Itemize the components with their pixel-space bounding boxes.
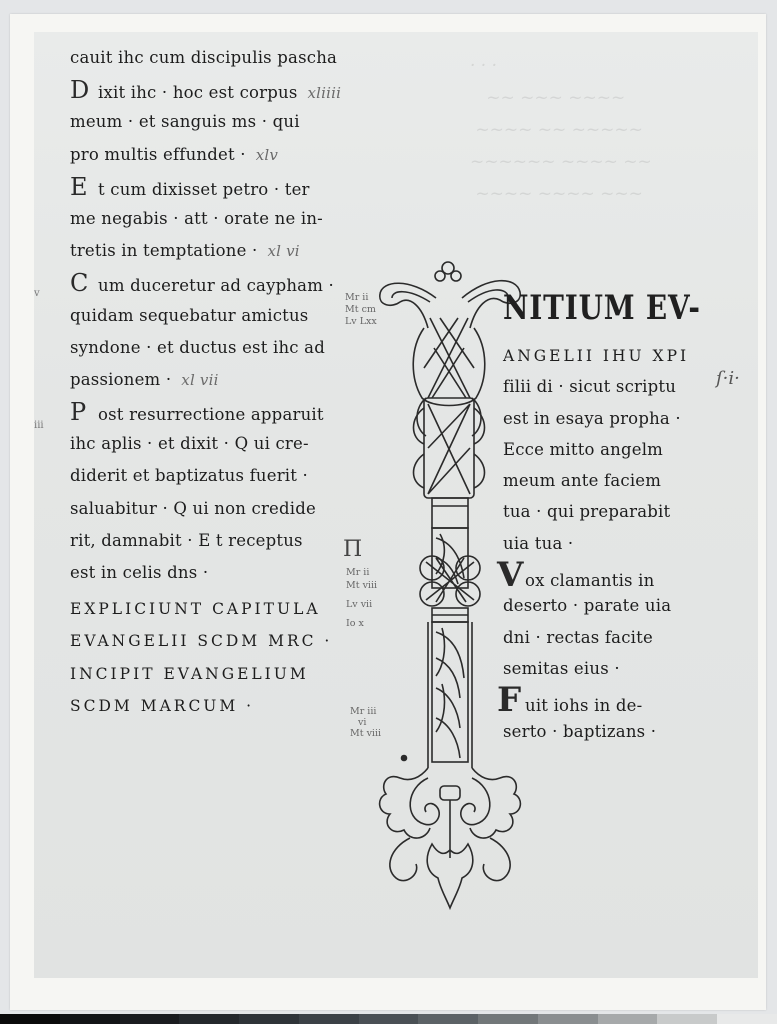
calibration-swatch [179, 1014, 239, 1024]
manuscript-line: Post resurrectione apparuit [70, 396, 360, 428]
line-text: est in esaya propha · [503, 409, 681, 428]
manuscript-line: Cum duceretur ad caypham · [70, 267, 360, 299]
line-text: ost resurrectione apparuit [98, 405, 324, 424]
line-text: semitas eius · [503, 659, 620, 678]
manuscript-line: dni · rectas facite [503, 622, 713, 653]
manuscript-line: meum · et sanguis ms · qui [70, 106, 360, 138]
rubric-initial: C [70, 267, 98, 299]
line-text: passionem · [70, 370, 171, 389]
rubric-initial: F [497, 684, 525, 716]
manuscript-line: pro multis effundet ·xlv [70, 139, 360, 171]
line-text: ihc aplis · et dixit · Q ui cre- [70, 434, 309, 453]
calibration-swatch [0, 1014, 60, 1024]
calibration-swatch [478, 1014, 538, 1024]
manuscript-line: est in esaya propha · [503, 403, 713, 434]
calibration-swatch [657, 1014, 717, 1024]
line-text: quidam sequebatur amictus [70, 306, 308, 325]
chapter-number: xlv [256, 146, 278, 164]
line-text: deserto · parate uia [503, 596, 671, 615]
explicit-incipit-line: SCDM MARCUM · [70, 690, 360, 722]
manuscript-line: Dixit ihc · hoc est corpusxliiii [70, 74, 360, 106]
manuscript-line: semitas eius · [503, 653, 713, 684]
calibration-swatch [60, 1014, 120, 1024]
chapter-number: xl vi [267, 242, 299, 260]
manuscript-line: cauit ihc cum discipulis pascha [70, 42, 360, 74]
line-text: filii di · sicut scriptu [503, 377, 676, 396]
manuscript-line: filii di · sicut scriptu [503, 371, 713, 402]
rubric-initial: E [70, 171, 98, 203]
manuscript-line: tua · qui preparabit [503, 496, 713, 527]
line-text: uia tua · [503, 534, 573, 553]
line-text: uit iohs in de- [525, 696, 642, 715]
manuscript-line: uia tua · [503, 528, 713, 559]
manuscript-line: saluabitur · Q ui non credide [70, 493, 360, 525]
manuscript-line: est in celis dns · [70, 557, 360, 589]
manuscript-line: tretis in temptatione ·xl vi [70, 235, 360, 267]
rubric-initial: D [70, 74, 98, 106]
manuscript-line: ANGELII IHU XPI [503, 340, 713, 371]
manuscript-line: rit, damnabit · E t receptus [70, 525, 360, 557]
line-text: meum ante faciem [503, 471, 661, 490]
line-text: dni · rectas facite [503, 628, 653, 647]
explicit-incipit-line: EXPLICIUNT CAPITULA [70, 593, 360, 625]
line-text: cauit ihc cum discipulis pascha [70, 48, 337, 67]
calibration-swatch [239, 1014, 299, 1024]
grayscale-calibration-strip [0, 1014, 777, 1024]
manuscript-line: passionem ·xl vii [70, 364, 360, 396]
left-text-column: cauit ihc cum discipulis paschaDixit ihc… [70, 42, 360, 722]
line-text: est in celis dns · [70, 563, 208, 582]
calibration-swatch [359, 1014, 419, 1024]
rubric-initial: P [70, 396, 98, 428]
line-text: saluabitur · Q ui non credide [70, 499, 316, 518]
manuscript-line: Et cum dixisset petro · ter [70, 171, 360, 203]
line-text: ox clamantis in [525, 571, 654, 590]
line-text: serto · baptizans · [503, 722, 656, 741]
manuscript-line: quidam sequebatur amictus [70, 300, 360, 332]
rubric-initial: V [497, 559, 525, 591]
calibration-swatch [418, 1014, 478, 1024]
line-text: pro multis effundet · [70, 145, 246, 164]
calibration-swatch [299, 1014, 359, 1024]
manuscript-line: meum ante faciem [503, 465, 713, 496]
calibration-swatch [717, 1014, 777, 1024]
line-text: me negabis · att · orate ne in- [70, 209, 323, 228]
marginal-note: ſ·i· [716, 368, 740, 389]
line-text: meum · et sanguis ms · qui [70, 112, 300, 131]
line-text: diderit et baptizatus fuerit · [70, 466, 308, 485]
line-text: ANGELII IHU XPI [503, 347, 689, 365]
left-margin-mark: v [34, 288, 40, 299]
line-text: t cum dixisset petro · ter [98, 180, 310, 199]
show-through-text: · · · ~~ ~~~ ~~~~ ~~~~ ~~ ~~~~~ ~~~~~~ ~… [470, 50, 710, 210]
manuscript-line: ihc aplis · et dixit · Q ui cre- [70, 428, 360, 460]
line-text: ixit ihc · hoc est corpus [98, 83, 298, 102]
left-margin-mark: iii [34, 420, 44, 431]
manuscript-line: Vox clamantis in [503, 559, 713, 590]
explicit-incipit-line: EVANGELII SCDM MRC · [70, 625, 360, 657]
line-text: tua · qui preparabit [503, 502, 670, 521]
chapter-number: xliiii [308, 84, 342, 102]
manuscript-line: serto · baptizans · [503, 716, 713, 747]
manuscript-line: diderit et baptizatus fuerit · [70, 460, 360, 492]
right-text-column: ANGELII IHU XPIfilii di · sicut scriptue… [503, 340, 713, 747]
line-text: rit, damnabit · E t receptus [70, 531, 303, 550]
calibration-swatch [598, 1014, 658, 1024]
chapter-number: xl vii [181, 371, 218, 389]
manuscript-line: deserto · parate uia [503, 590, 713, 621]
incipit-title: NITIUM EV- [503, 288, 701, 328]
line-text: Ecce mitto angelm [503, 440, 663, 459]
manuscript-line: Ecce mitto angelm [503, 434, 713, 465]
manuscript-line: Fuit iohs in de- [503, 684, 713, 715]
explicit-incipit-line: INCIPIT EVANGELIUM [70, 658, 360, 690]
manuscript-line: syndone · et ductus est ihc ad [70, 332, 360, 364]
line-text: tretis in temptatione · [70, 241, 257, 260]
canon-section-mark: Π [343, 538, 362, 562]
calibration-swatch [538, 1014, 598, 1024]
line-text: syndone · et ductus est ihc ad [70, 338, 325, 357]
line-text: um duceretur ad caypham · [98, 276, 334, 295]
manuscript-line: me negabis · att · orate ne in- [70, 203, 360, 235]
calibration-swatch [120, 1014, 180, 1024]
